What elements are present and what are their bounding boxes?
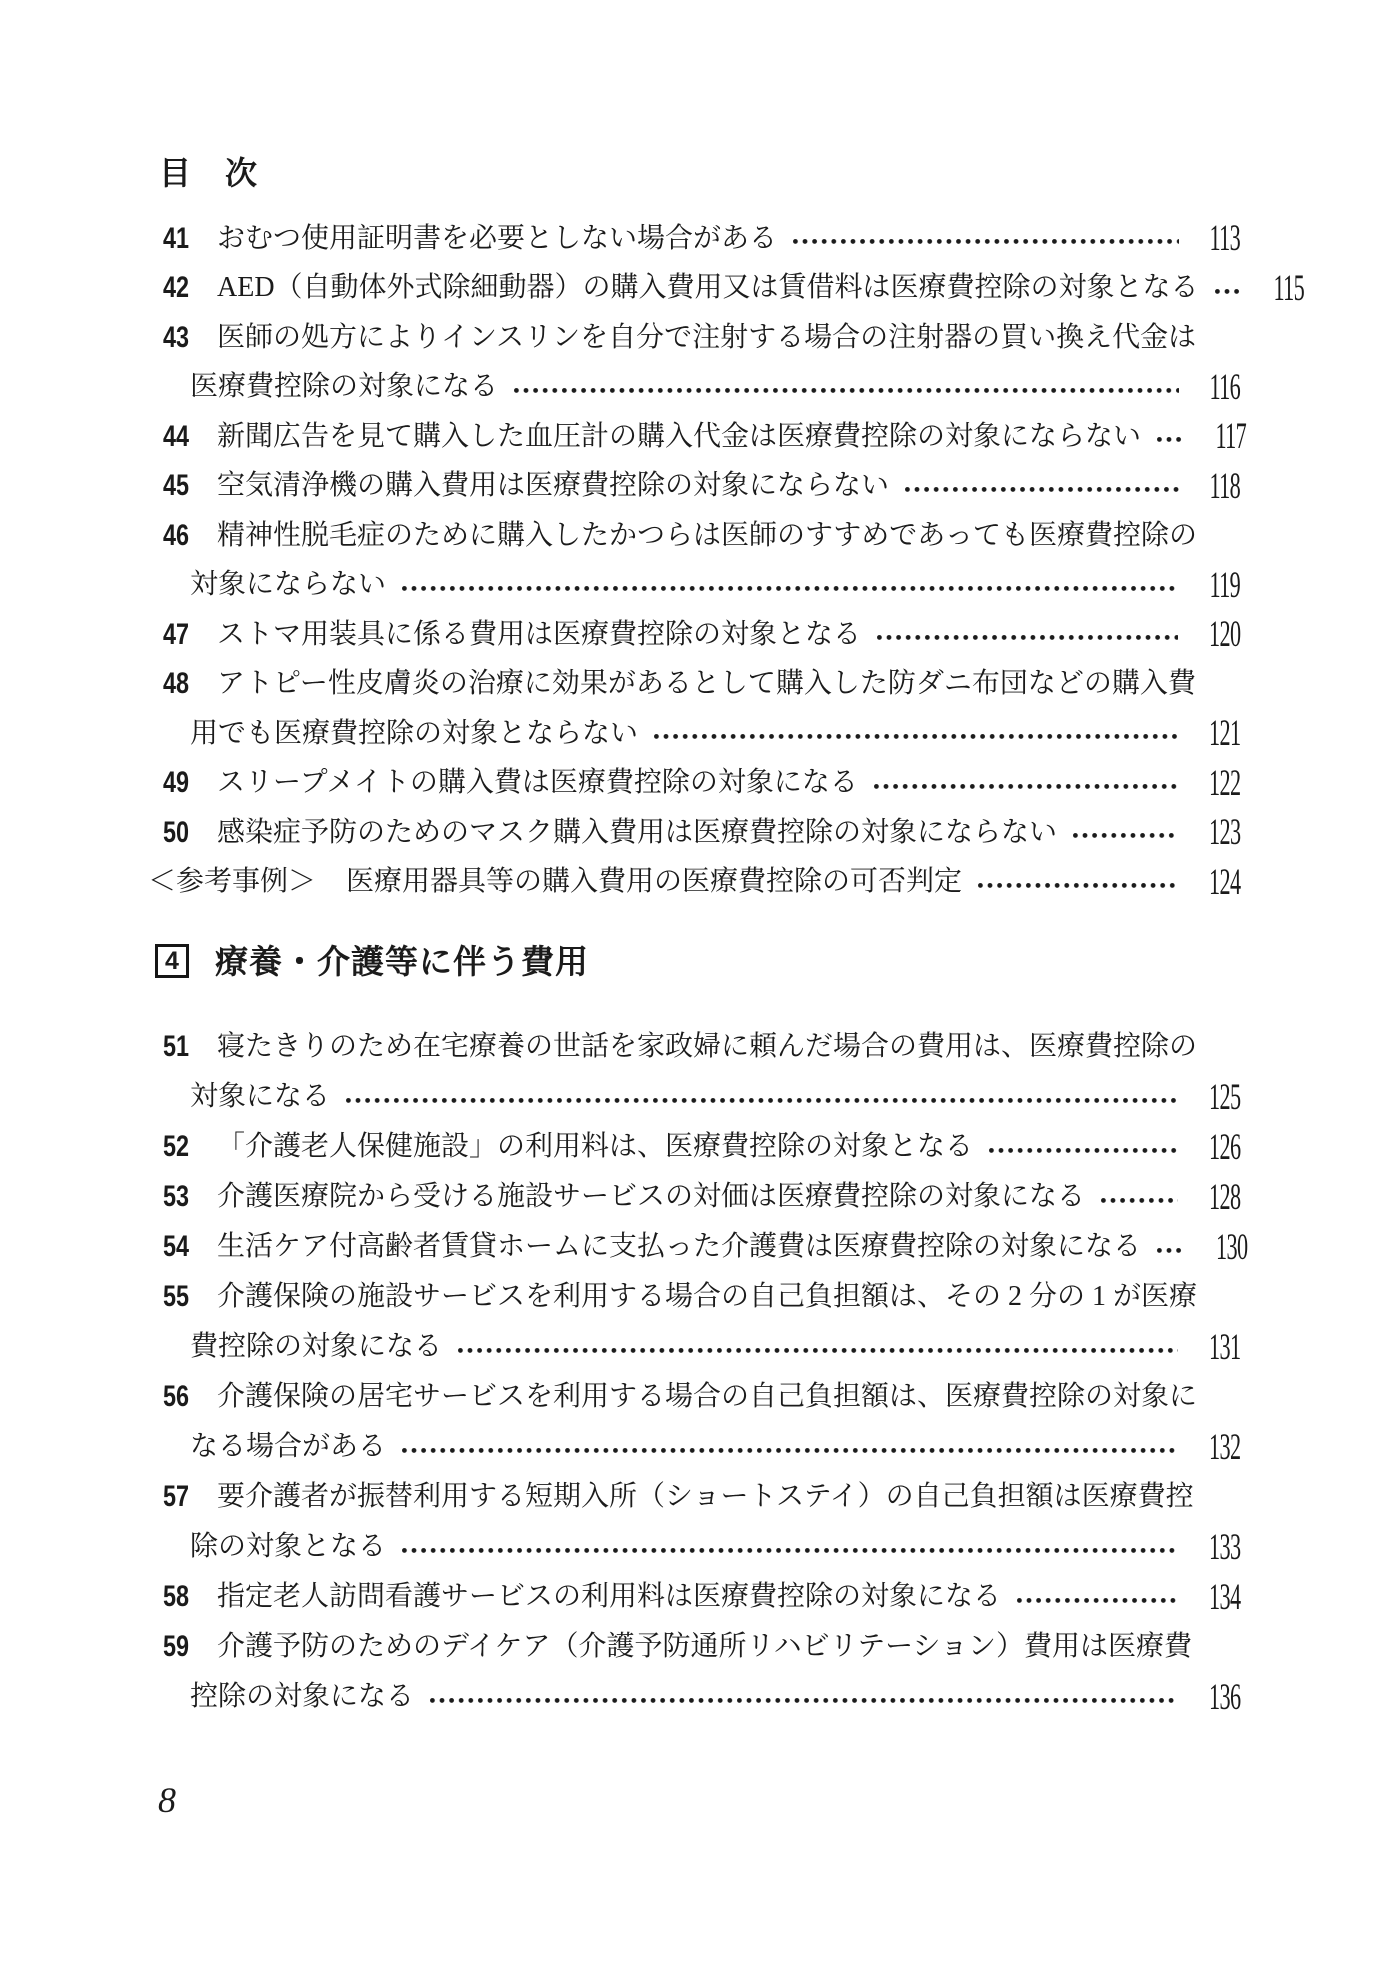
entry-number: 47 bbox=[163, 618, 205, 652]
toc-entry: 57 要介護者が振替利用する短期入所（ショートステイ）の自己負担額は医療費控 bbox=[163, 1472, 1240, 1522]
dot-leader bbox=[654, 734, 1177, 739]
entry-page-number: 113 bbox=[1209, 220, 1240, 257]
toc-entry: 52 「介護老人保健施設」の利用料は、医療費控除の対象となる 126 bbox=[163, 1122, 1240, 1172]
entry-number: 43 bbox=[163, 321, 205, 355]
entry-text: 控除の対象になる bbox=[190, 1683, 414, 1711]
toc-entry-continuation: 費控除の対象になる 131 bbox=[163, 1322, 1240, 1372]
dot-leader bbox=[402, 1448, 1177, 1453]
entry-text: スリープメイトの購入費は医療費控除の対象になる bbox=[217, 769, 858, 797]
entry-page-number: 117 bbox=[1215, 418, 1246, 455]
toc-entry-continuation: 除の対象となる 133 bbox=[163, 1522, 1240, 1572]
toc-entry: 59 介護予防のためのデイケア（介護予防通所リハビリテーション）費用は医療費 bbox=[163, 1622, 1240, 1672]
entry-page-number: 125 bbox=[1209, 1079, 1241, 1116]
section-header: 4 療養・介護等に伴う費用 bbox=[155, 944, 589, 978]
dot-leader bbox=[1101, 1198, 1177, 1203]
entry-page-number: 119 bbox=[1209, 567, 1240, 604]
entry-text: 用でも医療費控除の対象とならない bbox=[190, 720, 638, 748]
dot-leader bbox=[1073, 833, 1177, 838]
toc-entry-continuation: 医療費控除の対象になる 116 bbox=[163, 363, 1240, 413]
entry-page-number: 131 bbox=[1209, 1329, 1241, 1366]
entry-page-number: 121 bbox=[1209, 715, 1241, 752]
entry-number: 57 bbox=[163, 1480, 205, 1514]
entry-text: AED（自動体外式除細動器）の購入費用又は賃借料は医療費控除の対象となる bbox=[217, 274, 1199, 302]
entry-number: 49 bbox=[163, 766, 205, 800]
dot-leader bbox=[1215, 289, 1243, 294]
toc-reference-entry: ＜参考事例＞ 医療用器具等の購入費用の医療費控除の可否判定 124 bbox=[148, 858, 1240, 908]
dot-leader bbox=[905, 487, 1179, 492]
toc-entry: 48 アトピー性皮膚炎の治療に効果があるとして購入した防ダニ布団などの購入費 bbox=[163, 660, 1240, 710]
entry-number: 50 bbox=[163, 816, 205, 850]
entry-page-number: 122 bbox=[1209, 765, 1241, 802]
toc-entry: 51 寝たきりのため在宅療養の世話を家政婦に頼んだ場合の費用は、医療費控除の bbox=[163, 1022, 1240, 1072]
toc-entry-continuation: 対象になる 125 bbox=[163, 1072, 1240, 1122]
entry-text: 寝たきりのため在宅療養の世話を家政婦に頼んだ場合の費用は、医療費控除の bbox=[217, 1033, 1197, 1061]
dot-leader bbox=[458, 1348, 1177, 1353]
entry-page-number: 126 bbox=[1209, 1129, 1241, 1166]
entry-page-number: 124 bbox=[1209, 864, 1241, 901]
entry-number: 53 bbox=[163, 1180, 205, 1214]
toc-entry: 46 精神性脱毛症のために購入したかつらは医師のすすめであっても医療費控除の bbox=[163, 511, 1240, 561]
entry-number: 51 bbox=[163, 1030, 205, 1064]
entry-text: 「介護老人保健施設」の利用料は、医療費控除の対象となる bbox=[217, 1133, 973, 1161]
entry-page-number: 133 bbox=[1209, 1529, 1241, 1566]
entry-number: 52 bbox=[163, 1130, 205, 1164]
entry-text: 医療費控除の対象になる bbox=[190, 373, 498, 401]
toc-entry: 45 空気清浄機の購入費用は医療費控除の対象にならない 118 bbox=[163, 462, 1240, 512]
dot-leader bbox=[978, 883, 1177, 888]
toc-entry: 41 おむつ使用証明書を必要としない場合がある 113 bbox=[163, 214, 1240, 264]
toc-entry: 55 介護保険の施設サービスを利用する場合の自己負担額は、その 2 分の 1 が… bbox=[163, 1272, 1240, 1322]
entry-text: 医師の処方によりインスリンを自分で注射する場合の注射器の買い換え代金は bbox=[217, 324, 1196, 352]
dot-leader bbox=[402, 586, 1179, 591]
entry-text: 対象にならない bbox=[190, 571, 386, 599]
dot-leader bbox=[989, 1148, 1177, 1153]
toc-entry-continuation: 対象にならない 119 bbox=[163, 561, 1240, 611]
dot-leader bbox=[1157, 437, 1185, 442]
toc-entry: 43 医師の処方によりインスリンを自分で注射する場合の注射器の買い換え代金は bbox=[163, 313, 1240, 363]
dot-leader bbox=[1157, 1248, 1185, 1253]
toc-entry: 53 介護医療院から受ける施設サービスの対価は医療費控除の対象になる 128 bbox=[163, 1172, 1240, 1222]
entry-page-number: 130 bbox=[1216, 1229, 1248, 1266]
entry-page-number: 118 bbox=[1209, 468, 1240, 505]
dot-leader bbox=[874, 784, 1178, 789]
dot-leader bbox=[402, 1548, 1177, 1553]
entry-number: 59 bbox=[163, 1630, 205, 1664]
dot-leader bbox=[430, 1698, 1177, 1703]
entry-text: 対象になる bbox=[190, 1083, 330, 1111]
entry-page-number: 128 bbox=[1209, 1179, 1241, 1216]
entry-text: 精神性脱毛症のために購入したかつらは医師のすすめであっても医療費控除の bbox=[217, 522, 1197, 550]
entry-page-number: 136 bbox=[1209, 1679, 1241, 1716]
entry-text: 指定老人訪問看護サービスの利用料は医療費控除の対象になる bbox=[217, 1583, 1001, 1611]
entry-text: 介護保険の居宅サービスを利用する場合の自己負担額は、医療費控除の対象に bbox=[217, 1383, 1197, 1411]
entry-number: 48 bbox=[163, 667, 205, 701]
toc-entry-continuation: 用でも医療費控除の対象とならない 121 bbox=[163, 709, 1240, 759]
entry-page-number: 132 bbox=[1209, 1429, 1241, 1466]
toc-entry: 50 感染症予防のためのマスク購入費用は医療費控除の対象にならない 123 bbox=[163, 808, 1240, 858]
toc-entry: 42 AED（自動体外式除細動器）の購入費用又は賃借料は医療費控除の対象となる … bbox=[163, 264, 1240, 314]
entry-text: おむつ使用証明書を必要としない場合がある bbox=[217, 225, 777, 253]
entry-page-number: 116 bbox=[1209, 369, 1240, 406]
entry-page-number: 123 bbox=[1209, 814, 1241, 851]
section-title: 療養・介護等に伴う費用 bbox=[215, 945, 589, 978]
footer-page-number: 8 bbox=[158, 1782, 176, 1818]
entry-number: 54 bbox=[163, 1230, 205, 1264]
entry-text: 要介護者が振替利用する短期入所（ショートステイ）の自己負担額は医療費控 bbox=[217, 1483, 1194, 1511]
entry-number: 55 bbox=[163, 1280, 205, 1314]
dot-leader bbox=[877, 635, 1177, 640]
toc-entry: 47 ストマ用装具に係る費用は医療費控除の対象となる 120 bbox=[163, 610, 1240, 660]
toc-entry: 44 新聞広告を見て購入した血圧計の購入代金は医療費控除の対象にならない 117 bbox=[163, 412, 1240, 462]
entry-page-number: 120 bbox=[1209, 616, 1241, 653]
entry-number: 42 bbox=[163, 271, 205, 305]
entry-text: 生活ケア付高齢者賃貸ホームに支払った介護費は医療費控除の対象になる bbox=[217, 1233, 1141, 1261]
entry-number: 41 bbox=[163, 222, 205, 256]
toc-entry: 56 介護保険の居宅サービスを利用する場合の自己負担額は、医療費控除の対象に bbox=[163, 1372, 1240, 1422]
dot-leader bbox=[793, 239, 1179, 244]
entry-number: 44 bbox=[163, 420, 205, 454]
entry-number: 56 bbox=[163, 1380, 205, 1414]
dot-leader bbox=[1017, 1598, 1177, 1603]
entry-text: 空気清浄機の購入費用は医療費控除の対象にならない bbox=[217, 472, 889, 500]
toc-entry-continuation: 控除の対象になる 136 bbox=[163, 1672, 1240, 1722]
reference-label: ＜参考事例＞ bbox=[148, 868, 316, 896]
dot-leader bbox=[514, 388, 1179, 393]
entry-text: アトピー性皮膚炎の治療に効果があるとして購入した防ダニ布団などの購入費 bbox=[217, 670, 1196, 698]
entry-text: 新聞広告を見て購入した血圧計の購入代金は医療費控除の対象にならない bbox=[217, 423, 1141, 451]
entry-number: 46 bbox=[163, 519, 205, 553]
entry-text: 除の対象となる bbox=[190, 1533, 386, 1561]
toc-list-part1: 41 おむつ使用証明書を必要としない場合がある 113 42 AED（自動体外式… bbox=[163, 214, 1240, 907]
toc-entry: 58 指定老人訪問看護サービスの利用料は医療費控除の対象になる 134 bbox=[163, 1572, 1240, 1622]
toc-entry-continuation: なる場合がある 132 bbox=[163, 1422, 1240, 1472]
entry-text: 介護医療院から受ける施設サービスの対価は医療費控除の対象になる bbox=[217, 1183, 1085, 1211]
entry-number: 45 bbox=[163, 469, 205, 503]
toc-list-part2: 51 寝たきりのため在宅療養の世話を家政婦に頼んだ場合の費用は、医療費控除の 対… bbox=[163, 1022, 1240, 1722]
entry-page-number: 134 bbox=[1209, 1579, 1241, 1616]
entry-page-number: 115 bbox=[1273, 270, 1304, 307]
section-number-box: 4 bbox=[155, 944, 189, 978]
entry-text: ストマ用装具に係る費用は医療費控除の対象となる bbox=[217, 621, 861, 649]
entry-text: 介護保険の施設サービスを利用する場合の自己負担額は、その 2 分の 1 が医療 bbox=[217, 1283, 1197, 1311]
entry-text: 費控除の対象になる bbox=[190, 1333, 442, 1361]
dot-leader bbox=[346, 1098, 1177, 1103]
entry-number: 58 bbox=[163, 1580, 205, 1614]
toc-entry: 49 スリープメイトの購入費は医療費控除の対象になる 122 bbox=[163, 759, 1240, 809]
reference-text: 医療用器具等の購入費用の医療費控除の可否判定 bbox=[346, 868, 962, 896]
entry-text: 介護予防のためのデイケア（介護予防通所リハビリテーション）費用は医療費 bbox=[217, 1633, 1192, 1661]
entry-text: 感染症予防のためのマスク購入費用は医療費控除の対象にならない bbox=[217, 819, 1057, 847]
page-title: 目 次 bbox=[159, 156, 258, 190]
toc-entry: 54 生活ケア付高齢者賃貸ホームに支払った介護費は医療費控除の対象になる 130 bbox=[163, 1222, 1240, 1272]
entry-text: なる場合がある bbox=[190, 1433, 386, 1461]
